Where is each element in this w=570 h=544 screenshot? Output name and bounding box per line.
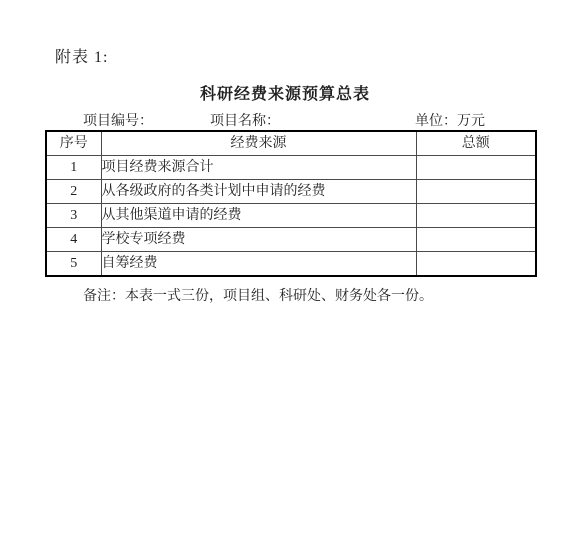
funding-source-cell: 从各级政府的各类计划中申请的经费 [101,180,416,204]
serial-number-cell: 4 [46,228,101,252]
funding-source-cell: 自筹经费 [101,252,416,277]
serial-number-cell: 5 [46,252,101,277]
total-amount-cell [416,156,536,180]
table-row: 5 自筹经费 [46,252,536,277]
column-header-funding-source: 经费来源 [101,131,416,156]
funding-source-table: 序号 经费来源 总额 1 项目经费来源合计 2 从各级政府的各类计划中申请的经费… [45,130,537,277]
table-row: 1 项目经费来源合计 [46,156,536,180]
table-header-row: 序号 经费来源 总额 [46,131,536,156]
serial-number-cell: 1 [46,156,101,180]
serial-number-cell: 2 [46,180,101,204]
project-number-label: 项目编号： [83,110,153,130]
meta-row: 项目编号： 项目名称： 单位：万元 [0,110,570,128]
funding-source-cell: 学校专项经费 [101,228,416,252]
document-page: 附表 1: 科研经费来源预算总表 项目编号： 项目名称： 单位：万元 序号 经费… [0,0,570,544]
table-row: 4 学校专项经费 [46,228,536,252]
footnote: 备注：本表一式三份，项目组、科研处、财务处各一份。 [83,285,433,305]
funding-source-cell: 项目经费来源合计 [101,156,416,180]
page-title: 科研经费来源预算总表 [0,81,570,104]
total-amount-cell [416,228,536,252]
unit-label: 单位：万元 [415,110,485,130]
column-header-total-amount: 总额 [416,131,536,156]
table-row: 2 从各级政府的各类计划中申请的经费 [46,180,536,204]
column-header-serial-number: 序号 [46,131,101,156]
project-name-label: 项目名称： [210,110,280,130]
total-amount-cell [416,252,536,277]
total-amount-cell [416,180,536,204]
funding-source-cell: 从其他渠道申请的经费 [101,204,416,228]
attachment-label: 附表 1: [55,44,108,67]
serial-number-cell: 3 [46,204,101,228]
total-amount-cell [416,204,536,228]
table-row: 3 从其他渠道申请的经费 [46,204,536,228]
